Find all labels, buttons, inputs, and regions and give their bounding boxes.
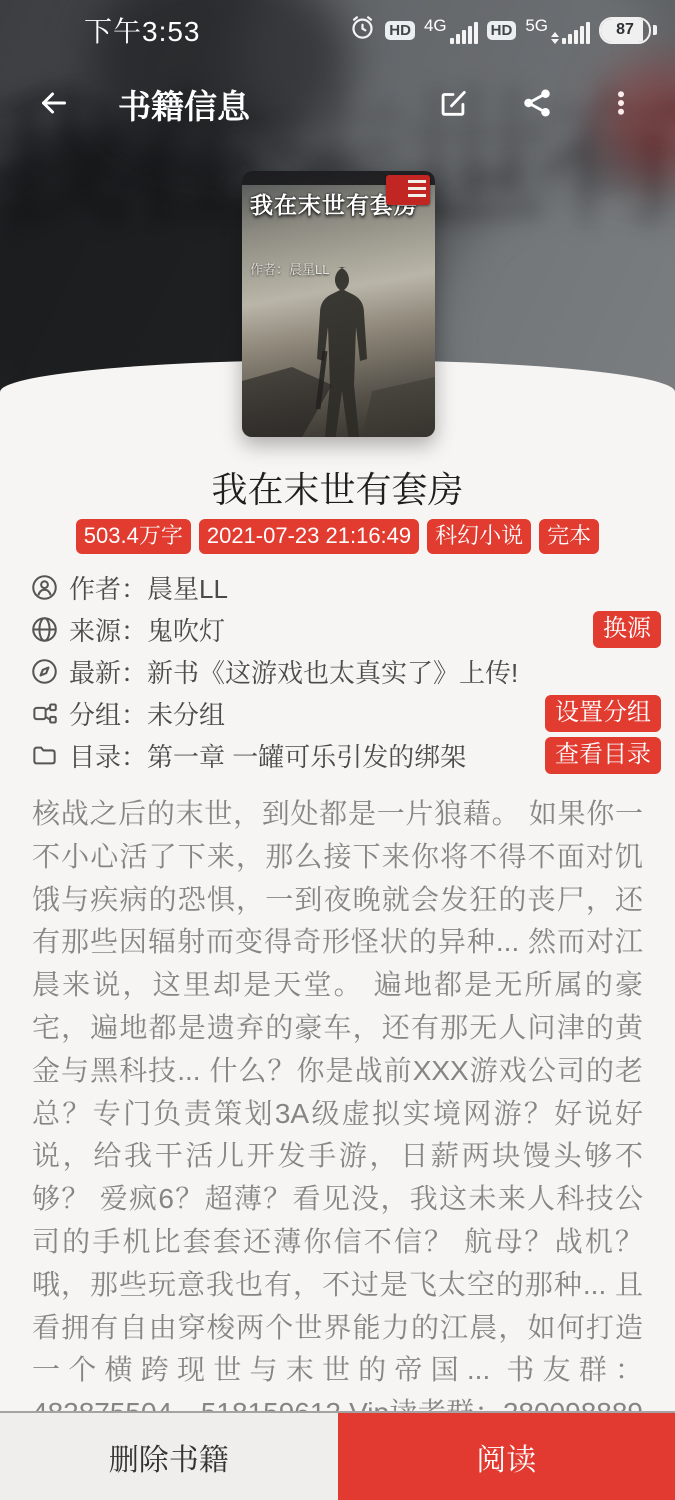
info-row-source: 来源：鬼吹灯 换源 [31,608,661,650]
group-icon [31,700,58,727]
app-bar-actions [425,76,649,132]
battery-icon: 87 [599,17,651,44]
bottom-action-bar: 删除书籍 阅读 [0,1411,675,1500]
group-value: 未分组 [147,700,225,730]
battery-nub [653,25,657,35]
source-icon [31,616,58,643]
share-icon [520,86,554,123]
info-row-group: 分组：未分组 设置分组 [31,692,661,734]
set-group-button[interactable]: 设置分组 [545,695,661,732]
signal-4g: 4G [424,16,478,44]
page-title: 书籍信息 [118,81,250,128]
latest-label: 最新： [69,658,147,688]
back-arrow-icon [36,85,72,124]
tag-word-count: 503.4万字 [76,519,191,554]
publisher-stamp [386,175,430,205]
info-row-author: 作者：晨星LL [31,566,661,608]
author-value: 晨星LL [147,574,228,604]
book-cover[interactable]: 我在末世有套房 作者：晨星LL [242,171,435,437]
info-section: 作者：晨星LL 来源：鬼吹灯 换源 最新：新书《这游戏也太真实了》上传! [0,566,675,776]
battery-percent: 87 [616,21,634,39]
catalog-value: 第一章 一罐可乐引发的绑架 [147,742,466,772]
view-catalog-button[interactable]: 查看目录 [545,737,661,774]
tag-update-time: 2021-07-23 21:16:49 [199,519,419,554]
app-bar: 书籍信息 [0,66,675,142]
latest-icon [31,658,58,685]
more-vert-icon [606,88,636,121]
group-label: 分组： [69,700,147,730]
status-bar: 下午3:53 HD 4G HD 5G [0,0,675,60]
alarm-icon [349,14,376,46]
volte-hd-icon: HD [385,21,415,40]
edit-icon [436,86,470,123]
network-type-label: 5G [525,17,548,34]
tag-genre: 科幻小说 [427,519,531,554]
data-activity-icon [551,20,559,44]
edit-button[interactable] [425,76,481,132]
info-row-catalog: 目录：第一章 一罐可乐引发的绑架 查看目录 [31,734,661,776]
signal-bars-icon [562,20,590,44]
volte-hd-icon: HD [487,21,517,40]
tag-status: 完本 [539,519,599,554]
latest-value: 新书《这游戏也太真实了》上传! [147,658,518,688]
book-info-screen: 我在末世有套房 下午3:53 HD 4G HD [0,0,675,1500]
status-icons: HD 4G HD 5G 87 [349,14,657,46]
cover-author-text: 作者：晨星LL [250,259,329,278]
info-row-latest: 最新：新书《这游戏也太真实了》上传! [31,650,661,692]
catalog-label: 目录： [69,742,147,772]
back-button[interactable] [26,76,82,132]
delete-book-button[interactable]: 删除书籍 [0,1413,338,1500]
source-label: 来源： [69,616,147,646]
source-value: 鬼吹灯 [147,616,225,646]
author-label: 作者： [69,574,147,604]
signal-5g: 5G [525,16,590,44]
share-button[interactable] [509,76,565,132]
more-button[interactable] [593,76,649,132]
change-source-button[interactable]: 换源 [593,611,661,648]
book-title: 我在末世有套房 [0,462,675,513]
clock-text: 下午3:53 [84,10,201,50]
read-button[interactable]: 阅读 [338,1413,675,1500]
catalog-icon [31,742,58,769]
tag-row: 503.4万字 2021-07-23 21:16:49 科幻小说 完本 [0,519,675,554]
signal-bars-icon [450,20,478,44]
network-type-label: 4G [424,17,447,34]
book-description: 核战之后的末世，到处都是一片狼藉。 如果你一不小心活了下来，那么接下来你将不得不… [32,793,643,1478]
author-icon [31,574,58,601]
